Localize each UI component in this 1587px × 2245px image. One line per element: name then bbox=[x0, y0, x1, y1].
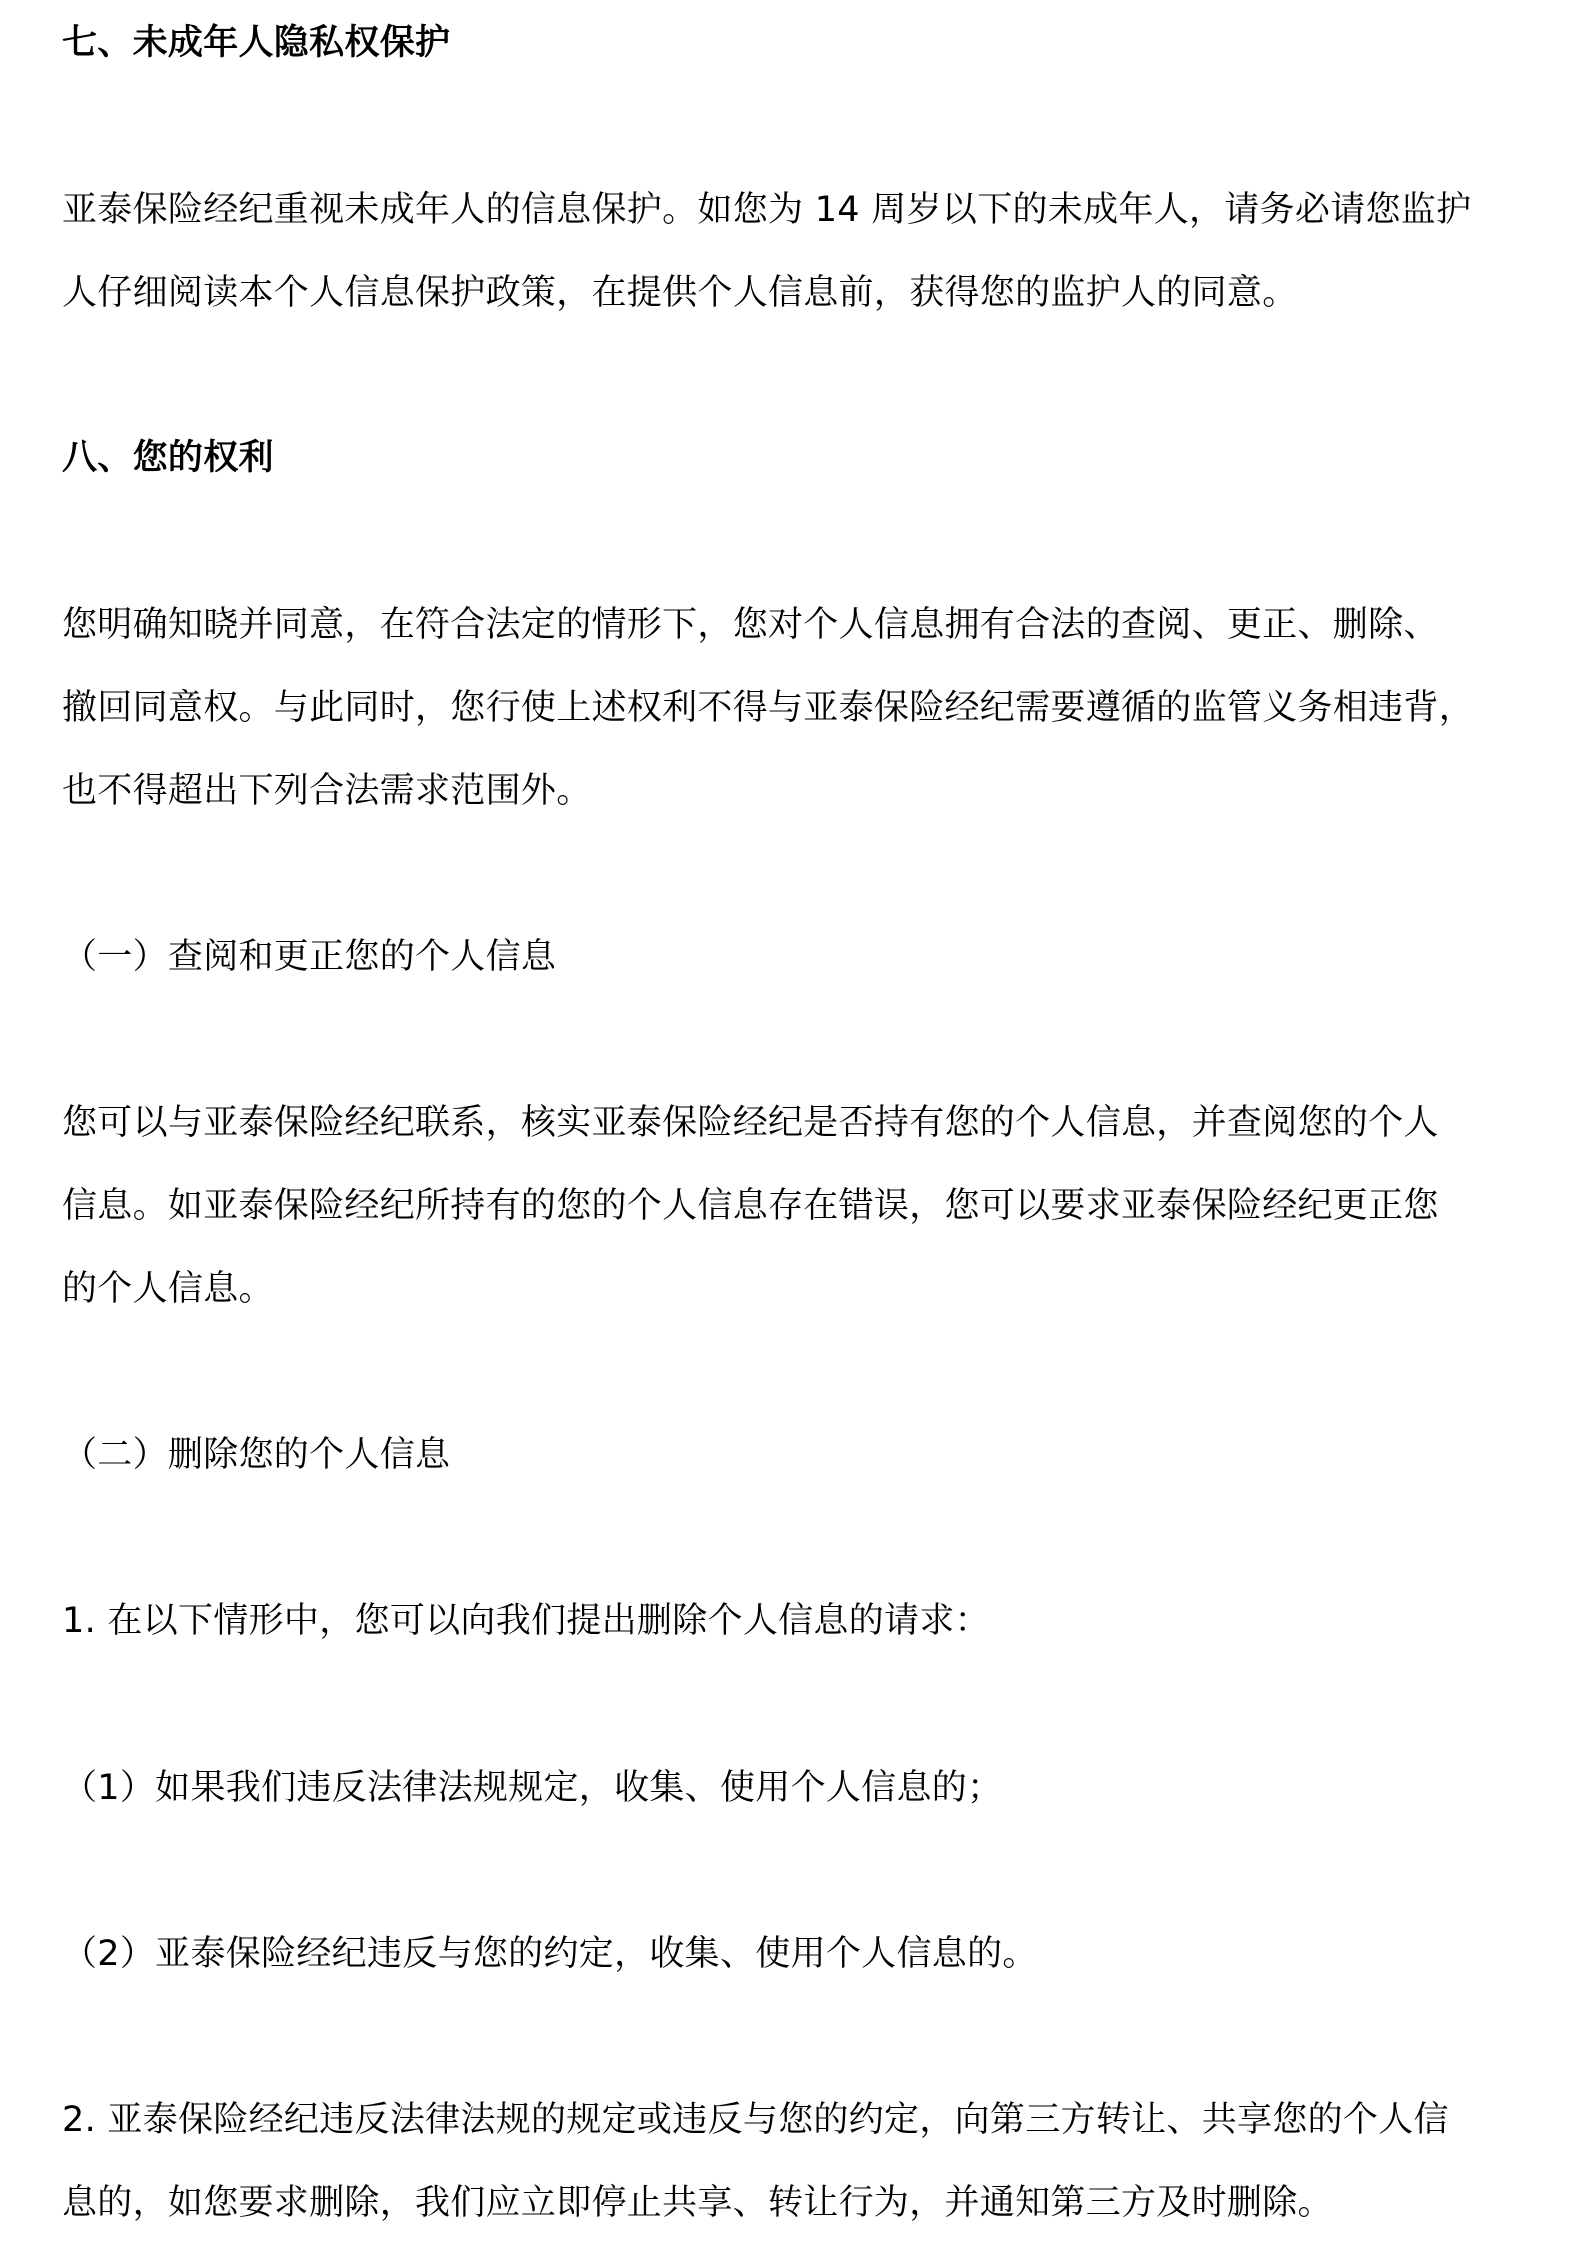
list-subitem-2: （2）亚泰保险经纪违反与您的约定，收集、使用个人信息的。 bbox=[62, 1929, 1038, 1979]
paragraph-line: 也不得超出下列合法需求范围外。 bbox=[62, 766, 592, 816]
paragraph-line: 的个人信息。 bbox=[62, 1264, 274, 1314]
subheading-delete: （二）删除您的个人信息 bbox=[62, 1430, 450, 1480]
subheading-access-correct: （一）查阅和更正您的个人信息 bbox=[62, 932, 556, 982]
list-item-2: 2. 亚泰保险经纪违反法律法规的规定或违反与您的约定，向第三方转让、共享您的个人… bbox=[62, 2095, 1449, 2145]
paragraph-line: 您可以与亚泰保险经纪联系，核实亚泰保险经纪是否持有您的个人信息，并查阅您的个人 bbox=[62, 1098, 1439, 1148]
paragraph-line: 您明确知晓并同意，在符合法定的情形下，您对个人信息拥有合法的查阅、更正、删除、 bbox=[62, 600, 1439, 650]
paragraph-line: 信息。如亚泰保险经纪所持有的您的个人信息存在错误，您可以要求亚泰保险经纪更正您 bbox=[62, 1181, 1439, 1231]
paragraph-line: 撤回同意权。与此同时，您行使上述权利不得与亚泰保险经纪需要遵循的监管义务相违背， bbox=[62, 683, 1474, 733]
list-item-2-continued: 息的，如您要求删除，我们应立即停止共享、转让行为，并通知第三方及时删除。 bbox=[62, 2178, 1333, 2228]
paragraph-line: 人仔细阅读本个人信息保护政策，在提供个人信息前，获得您的监护人的同意。 bbox=[62, 268, 1298, 318]
paragraph-line: 亚泰保险经纪重视未成年人的信息保护。如您为 14 周岁以下的未成年人，请务必请您… bbox=[62, 185, 1471, 235]
list-subitem-1: （1）如果我们违反法律法规规定，收集、使用个人信息的； bbox=[62, 1763, 1002, 1813]
section-heading-minor-privacy: 七、未成年人隐私权保护 bbox=[62, 18, 450, 68]
section-heading-your-rights: 八、您的权利 bbox=[62, 433, 274, 483]
document-page: 七、未成年人隐私权保护 亚泰保险经纪重视未成年人的信息保护。如您为 14 周岁以… bbox=[0, 0, 1587, 2245]
list-item-1: 1. 在以下情形中，您可以向我们提出删除个人信息的请求： bbox=[62, 1596, 990, 1646]
